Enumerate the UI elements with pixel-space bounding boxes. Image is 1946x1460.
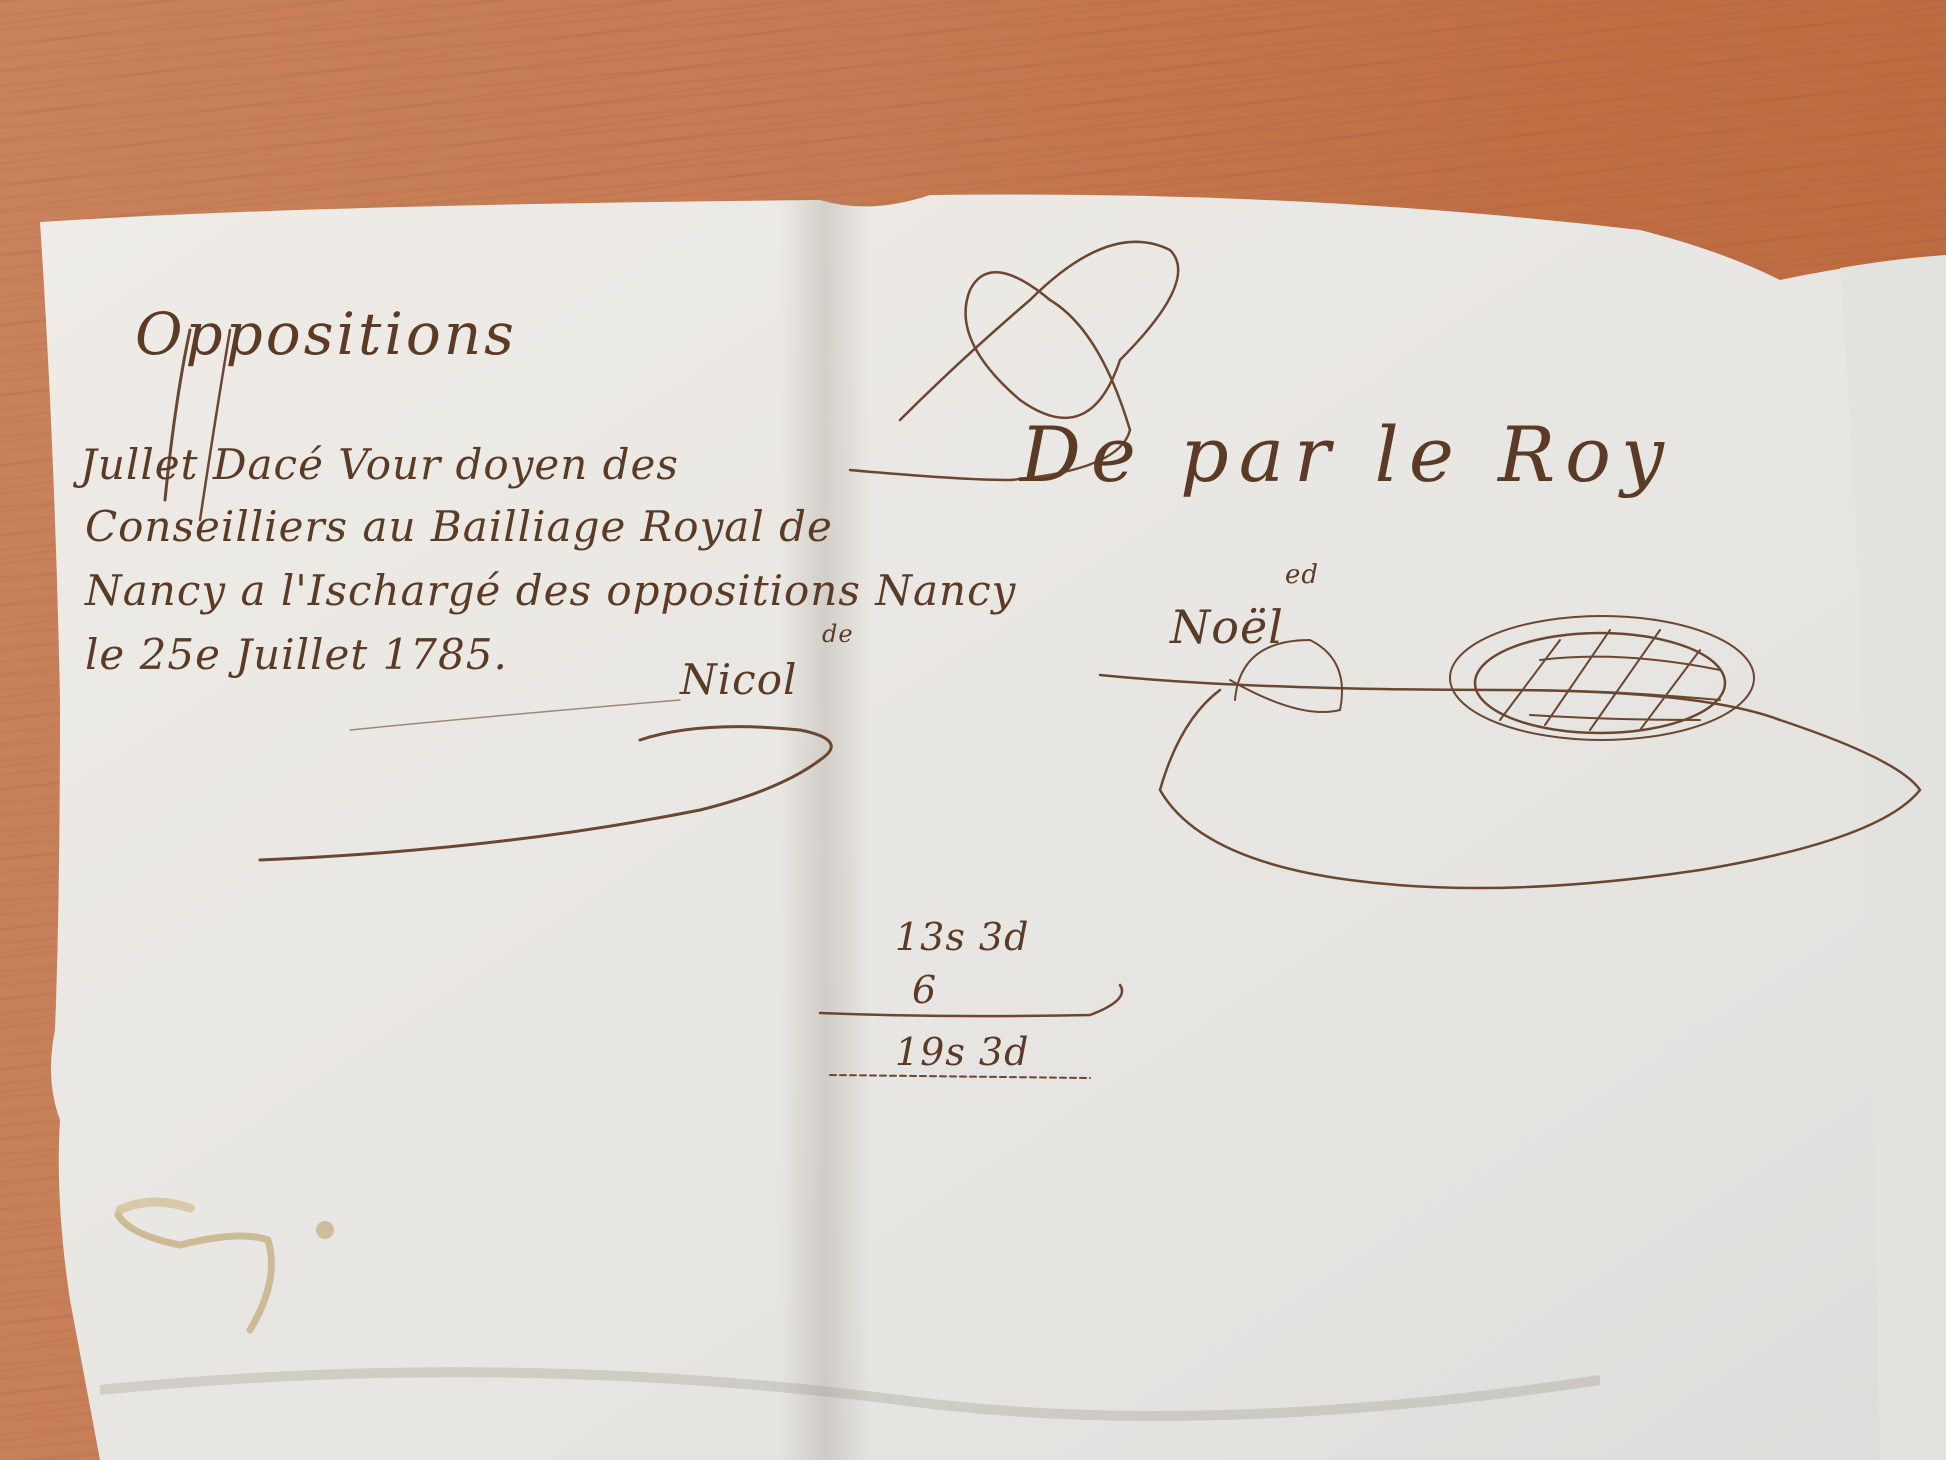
text-line-3: Nancy a l'Ischargé des oppositions Nancy — [85, 566, 1016, 615]
text-line-2: Conseilliers au Bailliage Royal de — [85, 502, 833, 551]
fold-crease — [780, 200, 870, 1460]
fee-line-2: 6 — [912, 968, 937, 1012]
document-title: Oppositions — [135, 300, 517, 368]
text-line-4-date: le 25e Juillet 1785. — [85, 630, 508, 679]
right-signature-superscript: ed — [1285, 560, 1319, 590]
fee-line-1: 13s 3d — [895, 915, 1029, 959]
parchment-body — [40, 194, 1946, 1460]
left-signature-superscript: de — [822, 620, 854, 648]
parchment-sheet — [0, 0, 1946, 1460]
fee-total: 19s 3d — [895, 1030, 1029, 1074]
right-heading: De par le Roy — [1020, 410, 1674, 499]
right-signature: Noël — [1170, 600, 1284, 654]
left-signature: Nicol — [680, 655, 797, 704]
text-line-1: Jullet Dacé Vour doyen des — [80, 440, 679, 489]
